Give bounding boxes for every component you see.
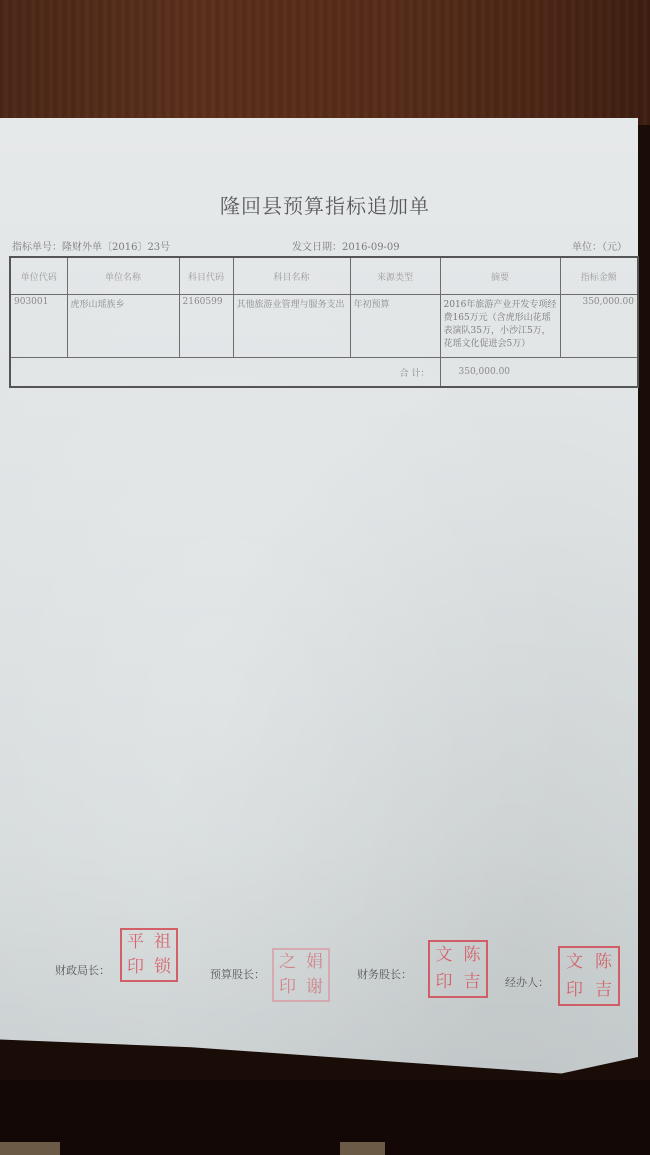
signature-accounting-chief-label: 财务股长： bbox=[357, 966, 412, 982]
stamp-char: 印 bbox=[122, 959, 149, 976]
header-unit-name: 单位名称 bbox=[67, 257, 179, 295]
stamp-char: 印 bbox=[430, 974, 458, 991]
signature-handler-label: 经办人： bbox=[505, 974, 549, 990]
table-header-row: 单位代码 单位名称 科目代码 科目名称 来源类型 摘要 指标金额 bbox=[10, 257, 638, 295]
seal-stamp-handler: 文 陈 印 吉 bbox=[558, 946, 620, 1006]
document-title: 隆回县预算指标追加单 bbox=[0, 190, 650, 219]
header-summary: 摘要 bbox=[440, 257, 560, 295]
issue-date-value: 2016-09-09 bbox=[342, 242, 400, 253]
wood-table-background bbox=[0, 0, 650, 125]
stamp-char: 陈 bbox=[458, 947, 486, 964]
stamp-char: 平 bbox=[122, 934, 149, 951]
stamp-char: 陈 bbox=[589, 954, 618, 971]
header-subject-code: 科目代码 bbox=[179, 257, 233, 295]
stamp-char: 谢 bbox=[301, 979, 328, 996]
stamp-char: 锁 bbox=[149, 959, 176, 976]
stamp-char: 文 bbox=[560, 954, 589, 971]
signature-budget-chief-label: 预算股长： bbox=[210, 966, 265, 982]
doc-number: 指标单号：隆财外单〔2016〕23号 bbox=[12, 238, 170, 253]
signature-finance-director-label: 财政局长： bbox=[55, 962, 110, 978]
table-row: 903001 虎形山瑶族乡 2160599 其他旅游业管理与服务支出 年初预算 … bbox=[10, 295, 638, 358]
stamp-char: 吉 bbox=[458, 974, 486, 991]
header-amount: 指标金额 bbox=[560, 257, 638, 295]
stamp-char: 印 bbox=[560, 982, 589, 999]
header-unit-code: 单位代码 bbox=[10, 257, 67, 295]
doc-number-value: 隆财外单〔2016〕23号 bbox=[62, 242, 170, 253]
stamp-char: 文 bbox=[430, 947, 458, 964]
stamp-char: 娟 bbox=[301, 954, 328, 971]
seal-stamp-budget-chief: 之 娟 印 谢 bbox=[272, 948, 330, 1002]
header-source-type: 来源类型 bbox=[350, 257, 440, 295]
header-subject-name: 科目名称 bbox=[233, 257, 350, 295]
dark-background bbox=[0, 1080, 650, 1155]
issue-date-label: 发文日期： bbox=[292, 242, 342, 253]
cell-amount: 350,000.00 bbox=[560, 295, 638, 358]
doc-number-label: 指标单号： bbox=[12, 242, 62, 253]
cell-unit-code: 903001 bbox=[10, 295, 67, 358]
cell-summary: 2016年旅游产业开发专项经费165万元（含虎形山花瑶表演队35万，小沙江5万，… bbox=[440, 295, 560, 358]
cell-subject-name: 其他旅游业管理与服务支出 bbox=[233, 295, 350, 358]
cell-subject-code: 2160599 bbox=[179, 295, 233, 358]
seal-stamp-accounting-chief: 文 陈 印 吉 bbox=[428, 940, 488, 998]
cell-source-type: 年初预算 bbox=[350, 295, 440, 358]
stamp-char: 祖 bbox=[149, 934, 176, 951]
background-edge bbox=[340, 1142, 385, 1155]
background-edge bbox=[0, 1142, 60, 1155]
stamp-char: 印 bbox=[274, 979, 301, 996]
budget-table: 单位代码 单位名称 科目代码 科目名称 来源类型 摘要 指标金额 903001 … bbox=[9, 256, 639, 388]
issue-date: 发文日期：2016-09-09 bbox=[292, 238, 400, 253]
total-amount: 350,000.00 bbox=[440, 358, 638, 388]
seal-stamp-finance-director: 平 祖 印 锁 bbox=[120, 928, 178, 982]
unit-note: 单位：（元） bbox=[572, 238, 627, 253]
total-row: 合 计： 350,000.00 bbox=[10, 358, 638, 388]
total-label: 合 计： bbox=[10, 358, 440, 388]
stamp-char: 吉 bbox=[589, 982, 618, 999]
stamp-char: 之 bbox=[274, 954, 301, 971]
cell-unit-name: 虎形山瑶族乡 bbox=[67, 295, 179, 358]
